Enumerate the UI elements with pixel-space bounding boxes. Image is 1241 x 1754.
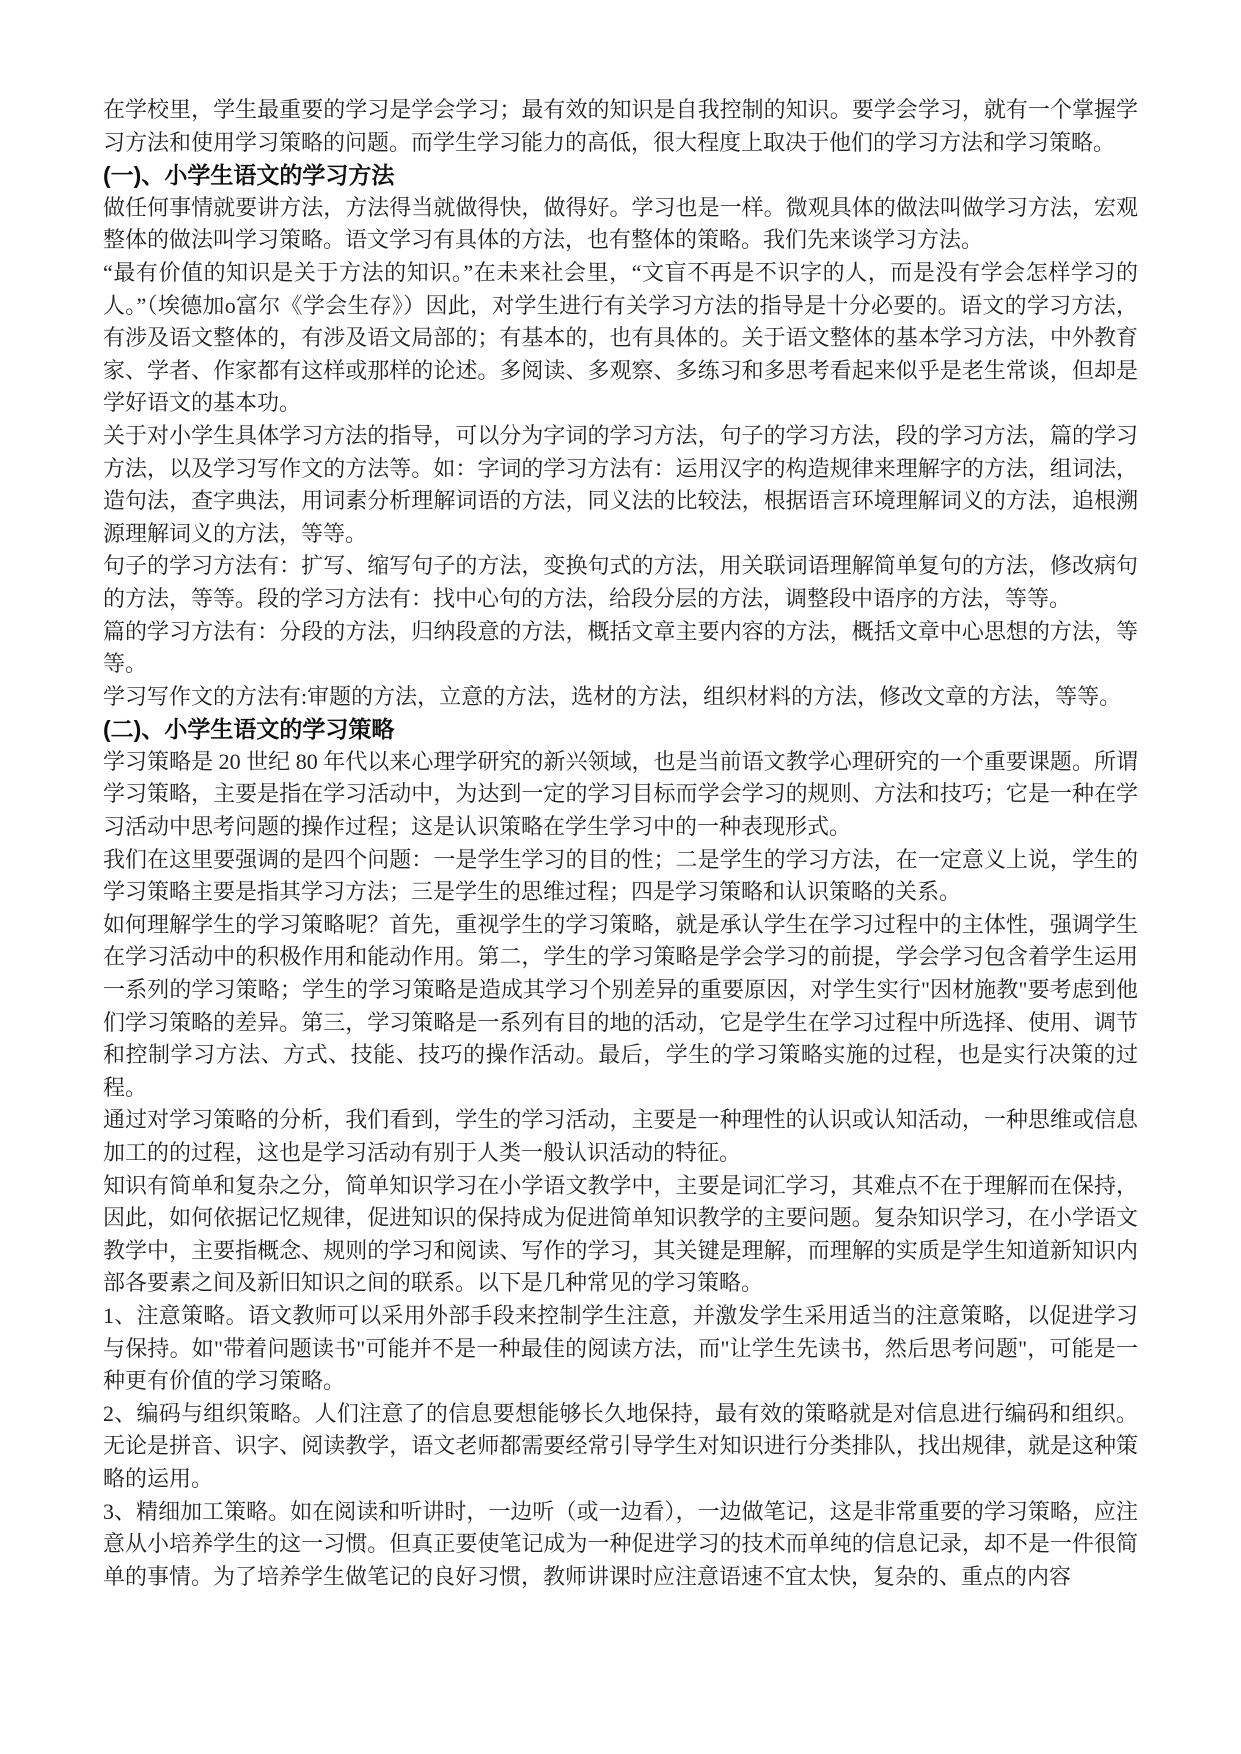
paragraph: 我们在这里要强调的是四个问题：一是学生学习的目的性；二是学生的学习方法，在一定意… <box>103 844 1138 909</box>
paragraph: 知识有简单和复杂之分，简单知识学习在小学语文教学中，主要是词汇学习，其难点不在于… <box>103 1170 1138 1300</box>
document-body: 在学校里，学生最重要的学习是学会学习；最有效的知识是自我控制的知识。要学会学习，… <box>103 94 1138 1593</box>
paragraph: 做任何事情就要讲方法，方法得当就做得快，做得好。学习也是一样。微观具体的做法叫做… <box>103 192 1138 257</box>
section-heading: (一)、小学生语文的学习方法 <box>103 159 1138 192</box>
paragraph: 学习策略是 20 世纪 80 年代以来心理学研究的新兴领域，也是当前语文教学心理… <box>103 746 1138 844</box>
paragraph: 篇的学习方法有：分段的方法，归纳段意的方法，概括文章主要内容的方法，概括文章中心… <box>103 616 1138 681</box>
paragraph: 通过对学习策略的分析，我们看到，学生的学习活动，主要是一种理性的认识或认知活动，… <box>103 1104 1138 1169</box>
paragraph: 关于对小学生具体学习方法的指导，可以分为字词的学习方法，句子的学习方法，段的学习… <box>103 420 1138 550</box>
paragraph: 句子的学习方法有：扩写、缩写句子的方法，变换句式的方法，用关联词语理解简单复句的… <box>103 550 1138 615</box>
paragraph: 学习写作文的方法有:审题的方法，立意的方法，选材的方法，组织材料的方法，修改文章… <box>103 681 1138 714</box>
paragraph: “最有价值的知识是关于方法的知识。”在未来社会里，“文盲不再是不识字的人，而是没… <box>103 257 1138 420</box>
paragraph: 在学校里，学生最重要的学习是学会学习；最有效的知识是自我控制的知识。要学会学习，… <box>103 94 1138 159</box>
section-heading: (二)、小学生语文的学习策略 <box>103 713 1138 746</box>
paragraph: 3、精细加工策略。如在阅读和听讲时，一边听（或一边看），一边做笔记，这是非常重要… <box>103 1496 1138 1594</box>
paragraph: 1、注意策略。语文教师可以采用外部手段来控制学生注意，并激发学生采用适当的注意策… <box>103 1300 1138 1398</box>
paragraph: 如何理解学生的学习策略呢？首先，重视学生的学习策略，就是承认学生在学习过程中的主… <box>103 909 1138 1105</box>
paragraph: 2、编码与组织策略。人们注意了的信息要想能够长久地保持，最有效的策略就是对信息进… <box>103 1398 1138 1496</box>
document-page: 在学校里，学生最重要的学习是学会学习；最有效的知识是自我控制的知识。要学会学习，… <box>0 0 1241 1754</box>
